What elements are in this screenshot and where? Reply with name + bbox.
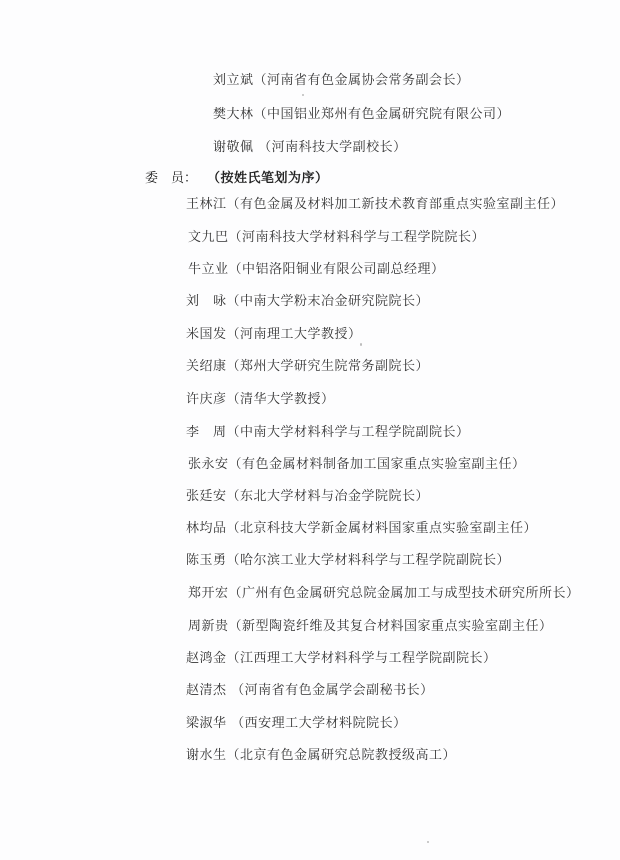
vice-chair-entry: 谢敬佩 （河南科技大学副校长） [213,140,407,156]
member-entry: 梁淑华 （西安理工大学材料院院长） [186,716,407,732]
person-name: 梁淑华 [186,716,227,731]
person-affiliation: （河南科技大学材料科学与工程学院院长） [229,230,486,245]
scan-speck [427,841,429,843]
members-label: 委 员： [145,171,207,187]
member-entry: 周新贵（新型陶瓷纤维及其复合材料国家重点实验室副主任） [188,619,553,635]
person-name: 林均品 [186,521,227,536]
member-entry: 刘 咏（中南大学粉末冶金研究院院长） [186,294,429,310]
person-affiliation: （清华大学教授） [227,392,335,407]
person-name: 王林江 [186,197,227,212]
person-name: 文九巴 [188,230,229,245]
member-entry: 李 周（中南大学材料科学与工程学院副院长） [186,425,470,441]
member-entry: 许庆彦（清华大学教授） [186,392,335,408]
person-affiliation: （中南大学粉末冶金研究院院长） [227,294,430,309]
member-entry: 米国发（河南理工大学教授） [186,327,362,343]
member-entry: 张永安（有色金属材料制备加工国家重点实验室副主任） [188,457,526,473]
person-name: 周新贵 [188,619,229,634]
person-name: 谢水生 [186,748,227,763]
person-name: 赵鸿金 [186,651,227,666]
person-affiliation: （河南省有色金属协会常务副会长） [254,73,470,88]
person-affiliation: （中铝洛阳铜业有限公司副总经理） [229,262,445,277]
scan-speck [360,343,362,346]
member-entry: 林均品（北京科技大学新金属材料国家重点实验室副主任） [186,521,537,537]
member-entry: 牛立业（中铝洛阳铜业有限公司副总经理） [188,262,445,278]
person-affiliation: （哈尔滨工业大学材料科学与工程学院副院长） [227,553,511,568]
person-name: 郑开宏 [188,586,229,601]
member-entry: 谢水生（北京有色金属研究总院教授级高工） [186,748,456,764]
member-entry: 关绍康（郑州大学研究生院常务副院长） [186,359,429,375]
member-entry: 张廷安（东北大学材料与冶金学院院长） [186,489,429,505]
vice-chair-entry: 樊大林（中国铝业郑州有色金属研究院有限公司） [213,107,510,123]
member-entry: 郑开宏（广州有色金属研究总院金属加工与成型技术研究所所长） [188,586,580,602]
document-page: 刘立斌（河南省有色金属协会常务副会长） 樊大林（中国铝业郑州有色金属研究院有限公… [0,0,620,860]
person-affiliation: （东北大学材料与冶金学院院长） [227,489,430,504]
person-name: 谢敬佩 [213,140,254,155]
person-affiliation: （北京科技大学新金属材料国家重点实验室副主任） [227,521,538,536]
person-affiliation: （河南省有色金属学会副秘书长） [227,683,434,698]
person-name: 牛立业 [188,262,229,277]
person-name: 张永安 [188,457,229,472]
person-affiliation: （广州有色金属研究总院金属加工与成型技术研究所所长） [229,586,580,601]
member-entry: 赵鸿金（江西理工大学材料科学与工程学院副院长） [186,651,497,667]
member-entry: 陈玉勇（哈尔滨工业大学材料科学与工程学院副院长） [186,553,510,569]
person-affiliation: （新型陶瓷纤维及其复合材料国家重点实验室副主任） [229,619,553,634]
person-affiliation: （北京有色金属研究总院教授级高工） [227,748,457,763]
person-affiliation: （中国铝业郑州有色金属研究院有限公司） [254,107,511,122]
member-entry: 王林江（有色金属及材料加工新技术教育部重点实验室副主任） [186,197,564,213]
person-affiliation: （有色金属材料制备加工国家重点实验室副主任） [229,457,526,472]
person-affiliation: （西安理工大学材料院院长） [227,716,407,731]
person-affiliation: （郑州大学研究生院常务副院长） [227,359,430,374]
person-name: 刘立斌 [213,73,254,88]
person-name: 张廷安 [186,489,227,504]
person-name: 米国发 [186,327,227,342]
vice-chair-entry: 刘立斌（河南省有色金属协会常务副会长） [213,73,470,89]
person-name: 许庆彦 [186,392,227,407]
person-affiliation: （中南大学材料科学与工程学院副院长） [227,425,470,440]
scan-speck [302,94,304,96]
member-entry: 赵清杰 （河南省有色金属学会副秘书长） [186,683,434,699]
person-name: 关绍康 [186,359,227,374]
person-affiliation: （河南理工大学教授） [227,327,362,342]
person-name: 樊大林 [213,107,254,122]
members-heading: 委 员：（按姓氏笔划为序） [145,171,329,187]
person-name: 李 周 [186,425,227,440]
person-name: 赵清杰 [186,683,227,698]
person-name: 陈玉勇 [186,553,227,568]
person-name: 刘 咏 [186,294,227,309]
person-affiliation: （有色金属及材料加工新技术教育部重点实验室副主任） [227,197,565,212]
person-affiliation: （河南科技大学副校长） [254,140,407,155]
member-entry: 文九巴（河南科技大学材料科学与工程学院院长） [188,230,485,246]
members-order-note: （按姓氏笔划为序） [207,171,329,186]
person-affiliation: （江西理工大学材料科学与工程学院副院长） [227,651,497,666]
